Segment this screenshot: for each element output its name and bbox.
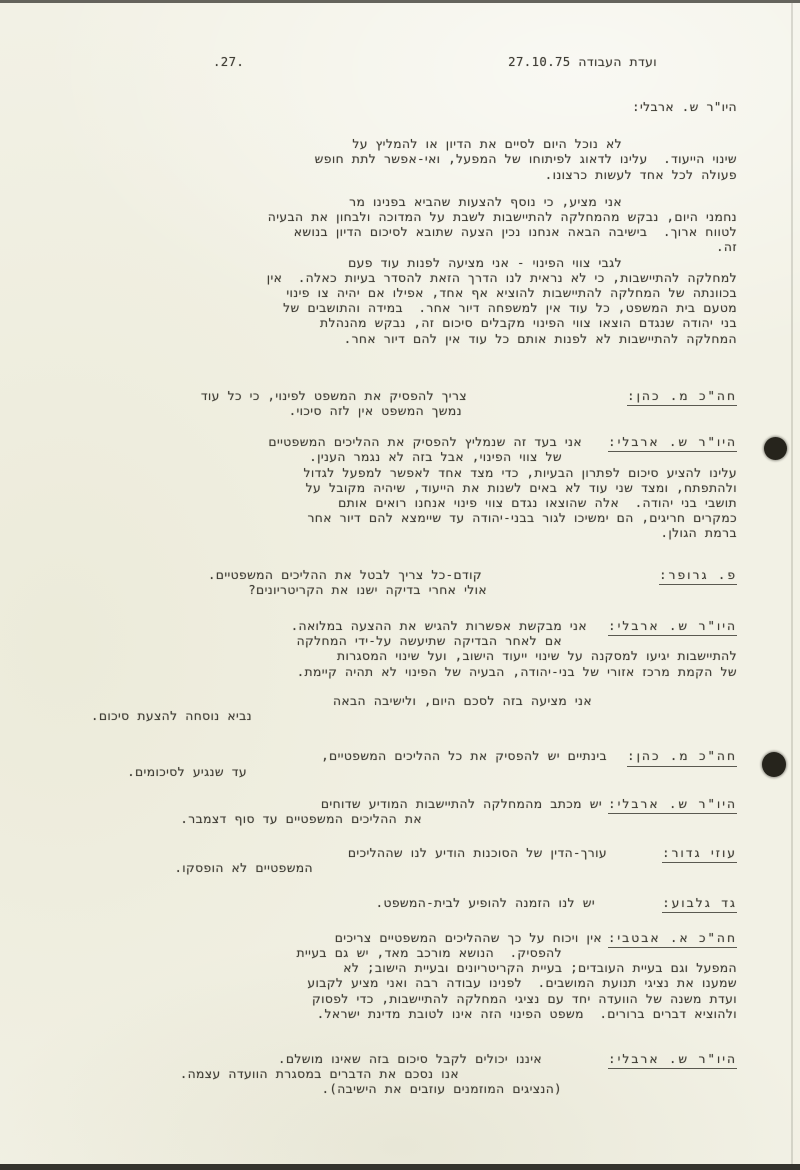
speech-turn-chair-arbeli: היו"ר ש. ארבלי: אני בעד זה שנמליץ להפסיק… [65, 435, 737, 541]
speech-turn-mk-avtabi: חה"כ א. אבטבי: אין ויכוח על כך שההליכים … [65, 931, 737, 1022]
speech-turn-chair-arbeli: היו"ר ש. ארבלי: יש מכתב מהמחלקה להתיישבו… [65, 797, 737, 827]
text-line: עלינו להציע סיכום לפתרון הבעיות, כדי מצד… [65, 466, 737, 481]
text-line: ברמת הגולן. [65, 526, 737, 541]
text-line: נביא נוסחה להצעת סיכום. [65, 709, 252, 724]
text-line: אולי אחרי בדיקה ישנו את הקריטריונים? [65, 583, 487, 598]
speaker-label: היו"ר ש. ארבלי: [608, 435, 737, 452]
speech-turn-chair-arbeli: היו"ר ש. ארבלי: איננו יכולים לקבל סיכום … [65, 1052, 737, 1098]
text-line: לא נוכל היום לסיים את הדיון או להמליץ על [65, 137, 622, 152]
speaker-label: חה"כ מ. כהן: [627, 749, 737, 766]
text-line: (הנציגים המוזמנים עוזבים את הישיבה). [65, 1082, 562, 1097]
text-line: למחלקה להתיישבות, כי לא נראית לנו הדרך ה… [65, 271, 737, 286]
text-line: בינתיים יש להפסיק את כל ההליכים המשפטיים… [65, 749, 607, 764]
text-line: נמשך המשפט אין לזה סיכוי. [65, 404, 462, 419]
document-content: .27. ועדת העבודה 27.10.75 היו"ר ש. ארבלי… [65, 0, 737, 1098]
text-line: לגבי צווי הפינוי - אני מציעה לפנות עוד פ… [65, 256, 622, 271]
text-line: אנו נסכם את הדברים במסגרת הוועדה עצמה. [65, 1067, 459, 1082]
scan-crease-line [791, 0, 793, 1170]
speaker-label: גד גלבוע: [662, 896, 737, 913]
speaker-label: חה"כ א. אבטבי: [608, 931, 737, 948]
speaker-label: היו"ר ש. ארבלי: [608, 619, 737, 636]
scanned-protocol-page: .27. ועדת העבודה 27.10.75 היו"ר ש. ארבלי… [0, 0, 800, 1170]
text-line: עד שנגיע לסיכומים. [65, 765, 247, 780]
speaker-label: עוזי גדור: [662, 846, 737, 863]
text-line: ועדת משנה של הוועדה יחד עם נציגי המחלקה … [65, 992, 737, 1007]
text-line: תושבי בני יהודה. אלה שהוצאו נגדם צווי פי… [65, 496, 737, 511]
text-line: אני מציעה בזה לסכם היום, ולישיבה הבאה [65, 694, 592, 709]
text-line: קודם-כל צריך לבטל את ההליכים המשפטיים. [65, 568, 482, 583]
hole-punch-mark [762, 752, 786, 777]
text-line: כמקרים חריגים, הם ימשיכו לגור בבני-יהודה… [65, 511, 737, 526]
speech-turn-grupper: פ. גרופר: קודם-כל צריך לבטל את ההליכים ה… [65, 568, 737, 598]
speech-turn-mk-cohen: חה"כ מ. כהן: צריך להפסיק את המשפט לפינוי… [65, 389, 737, 419]
text-line: המחלקה להתיישבות לא לפנות אותם כל עוד אי… [65, 332, 737, 347]
text-line: נחמני היום, נבקש מהמחלקה להתיישבות לשבת … [65, 210, 737, 225]
text-line: שמענו את נציגי תנועת המושבים. לפנינו עבו… [65, 976, 737, 991]
text-line: להתיישבות יגיעו למסקנה על שינוי ייעוד הי… [65, 649, 737, 664]
speech-turn-chair-arbeli: היו"ר ש. ארבלי: אני מבקשת אפשרות להגיש א… [65, 619, 737, 724]
text-line: אני מבקשת אפשרות להגיש את ההצעה במלואה. [65, 619, 587, 634]
text-line: של הקמת מרכז אזורי של בני-יהודה, הבעיה ש… [65, 665, 737, 680]
text-line: לטווח ארוך. בישיבה הבאה אנחנו נכין הצעה … [65, 225, 737, 240]
text-line: יש לנו הזמנה להופיע לבית-המשפט. [65, 896, 595, 911]
speech-turn-mk-cohen: חה"כ מ. כהן: בינתיים יש להפסיק את כל ההל… [65, 749, 737, 779]
text-line: עורך-הדין של הסוכנות הודיע לנו שההליכים [65, 846, 607, 861]
speaker-label: פ. גרופר: [659, 568, 737, 585]
text-line: להפסיק. הנושא מורכב מאד, יש גם בעיית [65, 946, 562, 961]
hole-punch-mark [764, 437, 787, 460]
text-line: המפעל וגם בעיית העובדים; בעיית הקריטריונ… [65, 961, 737, 976]
text-line: אני מציע, כי נוסף להצעות שהביא בפנינו מר [65, 195, 622, 210]
text-line: אין ויכוח על כך שההליכים המשפטיים צריכים [65, 931, 602, 946]
opening-statement: לא נוכל היום לסיים את הדיון או להמליץ על… [65, 137, 737, 347]
text-line: את ההליכים המשפטיים עד סוף דצמבר. [65, 812, 422, 827]
page-number: .27. [213, 55, 244, 70]
text-line: יש מכתב מהמחלקה להתיישבות המודיע שדוחים [65, 797, 602, 812]
text-line: בני יהודה שנגדם הוצאו צווי הפינוי מקבלים… [65, 316, 737, 331]
text-line: אני בעד זה שנמליץ להפסיק את ההליכים המשפ… [65, 435, 582, 450]
speaker-label: חה"כ מ. כהן: [627, 389, 737, 406]
speech-turn-uzi-gadur: עוזי גדור: עורך-הדין של הסוכנות הודיע לנ… [65, 846, 737, 876]
speech-turn-gad-gilboa: גד גלבוע: יש לנו הזמנה להופיע לבית-המשפט… [65, 896, 737, 911]
scan-edge-bottom [0, 1164, 800, 1170]
text-line: איננו יכולים לקבל סיכום בזה שאינו מושלם. [65, 1052, 542, 1067]
speaker-heading-chair-arbeli: היו"ר ש. ארבלי: [65, 100, 737, 115]
text-line: שינוי הייעוד. עלינו לדאוג לפיתוחו של המפ… [65, 152, 737, 167]
speaker-label: היו"ר ש. ארבלי: [608, 797, 737, 814]
document-header: .27. ועדת העבודה 27.10.75 [65, 55, 737, 71]
text-line: אם לאחר הבדיקה שתיעשה על-ידי המחלקה [65, 634, 562, 649]
text-line: ולהתפתח, ומצד שני עוד לא באים לשנות את ה… [65, 481, 737, 496]
text-line: ולהוציא דברים ברורים. משפט הפינוי הזה אי… [65, 1007, 737, 1022]
text-line: בכוונתה של המחלקה להתיישבות להוציא אף אח… [65, 286, 737, 301]
text-line: של צווי הפינוי, אבל בזה לא נגמר הענין. [65, 450, 562, 465]
committee-name-date: ועדת העבודה 27.10.75 [508, 55, 657, 70]
text-line: צריך להפסיק את המשפט לפינוי, כי כל עוד [65, 389, 467, 404]
text-line: זה. [65, 240, 737, 255]
text-line: המשפטיים לא הופסקו. [65, 861, 313, 876]
speaker-label: היו"ר ש. ארבלי: [608, 1052, 737, 1069]
text-line: מטעם בית המשפט, כל עוד אין למשפחה דיור א… [65, 301, 737, 316]
text-line: פעולה לכל אחד לעשות כרצונו. [65, 168, 737, 183]
